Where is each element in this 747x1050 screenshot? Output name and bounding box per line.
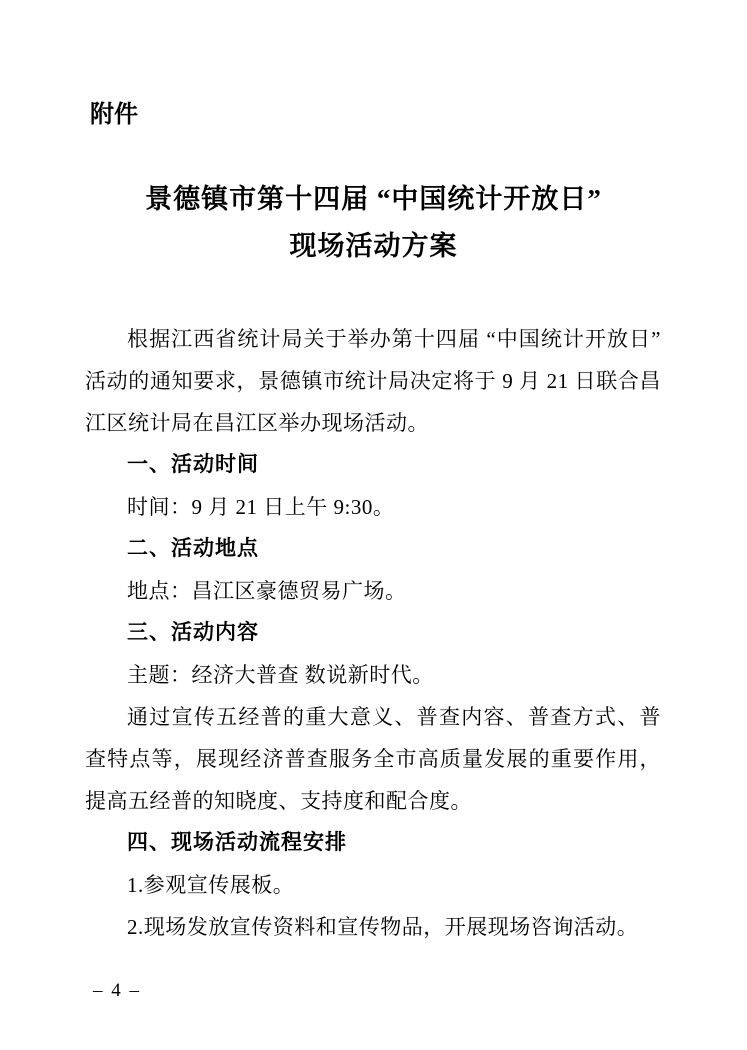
section-2-heading: 二、活动地点 xyxy=(85,528,661,570)
section-3-paragraph-detail: 通过宣传五经普的重大意义、普查内容、普查方式、普查特点等，展现经济普查服务全市高… xyxy=(85,696,661,822)
section-4-item-2: 2.现场发放宣传资料和宣传物品，开展现场咨询活动。 xyxy=(85,906,661,948)
section-3-paragraph-theme: 主题：经济大普查 数说新时代。 xyxy=(85,654,661,696)
document-page: 附件 景德镇市第十四届 “中国统计开放日” 现场活动方案 根据江西省统计局关于举… xyxy=(0,0,747,1050)
section-4-item-1: 1.参观宣传展板。 xyxy=(85,864,661,906)
doc-title-line2: 现场活动方案 xyxy=(0,223,747,270)
section-3-heading: 三、活动内容 xyxy=(85,612,661,654)
section-2-paragraph: 地点：昌江区豪德贸易广场。 xyxy=(85,570,661,612)
intro-paragraph: 根据江西省统计局关于举办第十四届 “中国统计开放日” 活动的通知要求，景德镇市统… xyxy=(85,318,661,444)
doc-title: 景德镇市第十四届 “中国统计开放日” 现场活动方案 xyxy=(0,176,747,270)
section-1-heading: 一、活动时间 xyxy=(85,444,661,486)
section-4-heading: 四、现场活动流程安排 xyxy=(85,822,661,864)
attachment-label: 附件 xyxy=(90,100,138,130)
page-number: – 4 – xyxy=(93,980,141,1002)
doc-body: 根据江西省统计局关于举办第十四届 “中国统计开放日” 活动的通知要求，景德镇市统… xyxy=(85,318,661,948)
doc-title-line1: 景德镇市第十四届 “中国统计开放日” xyxy=(0,176,747,223)
section-1-paragraph: 时间：9 月 21 日上午 9:30。 xyxy=(85,486,661,528)
